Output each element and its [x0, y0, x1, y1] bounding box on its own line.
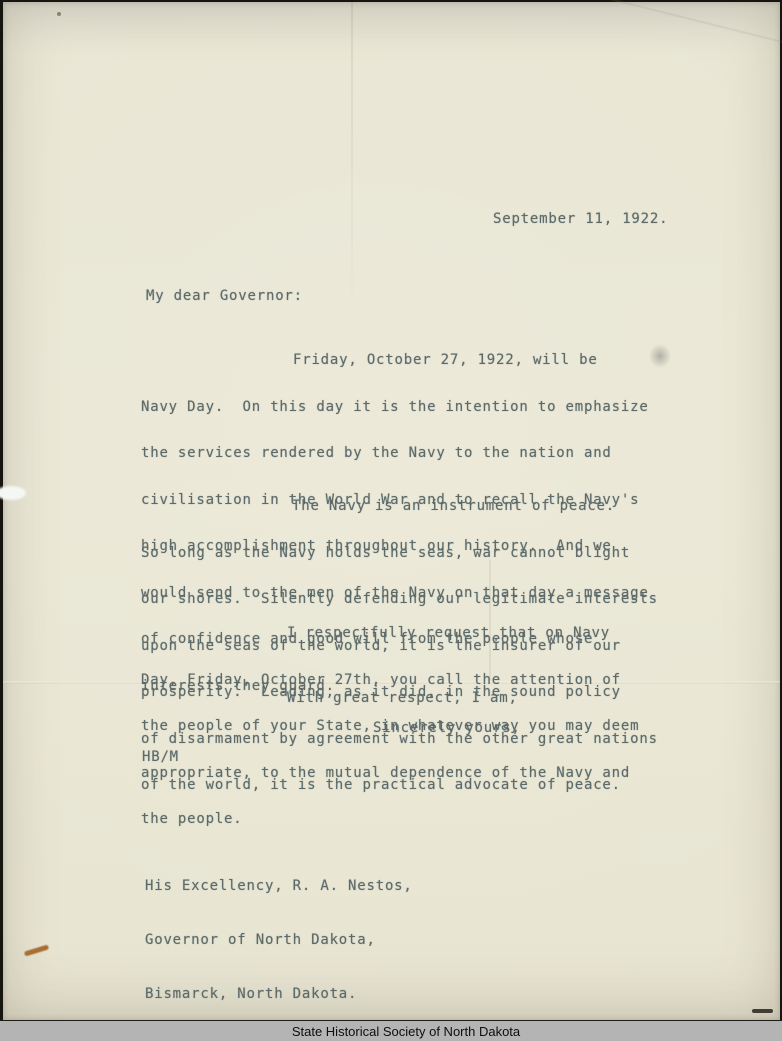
address-line: Bismarck, North Dakota.	[145, 985, 413, 1003]
archive-credit-bar: State Historical Society of North Dakota	[0, 1020, 782, 1041]
letter-salutation: My dear Governor:	[146, 289, 303, 305]
address-line: His Excellency, R. A. Nestos,	[145, 877, 413, 895]
letter-date: September 11, 1922.	[493, 212, 668, 228]
letter-line: Navy Day. On this day it is the intentio…	[141, 400, 649, 416]
letter-closing-sincerely: Sincerely yours,	[373, 721, 521, 737]
letter-line: the people.	[141, 812, 639, 828]
letter-line: So long as the Navy holds the seas, war …	[141, 546, 658, 562]
letter-line: the services rendered by the Navy to the…	[141, 446, 649, 462]
letter-line: Friday, October 27, 1922, will be	[141, 353, 649, 369]
paper-speck	[57, 12, 61, 16]
paper-crease	[351, 2, 353, 302]
letter-line: appropriate, to the mutual dependence of…	[141, 766, 639, 782]
typist-initials: HB/M	[142, 750, 179, 766]
ink-smudge	[645, 340, 675, 372]
letter-closing-respect: With great respect, I am,	[287, 691, 518, 707]
letter-line: Day, Friday, October 27th, you call the …	[141, 673, 639, 689]
letter-line: The Navy is an instrument of peace.	[141, 499, 658, 515]
edge-mark	[752, 1009, 773, 1013]
letter-line: I respectfully request that on Navy	[141, 626, 639, 642]
address-line: Governor of North Dakota,	[145, 931, 413, 949]
recipient-address: His Excellency, R. A. Nestos, Governor o…	[145, 841, 413, 1039]
scanned-letter-page: September 11, 1922. My dear Governor: Fr…	[0, 0, 782, 1041]
archive-credit-label: State Historical Society of North Dakota	[292, 1022, 520, 1041]
